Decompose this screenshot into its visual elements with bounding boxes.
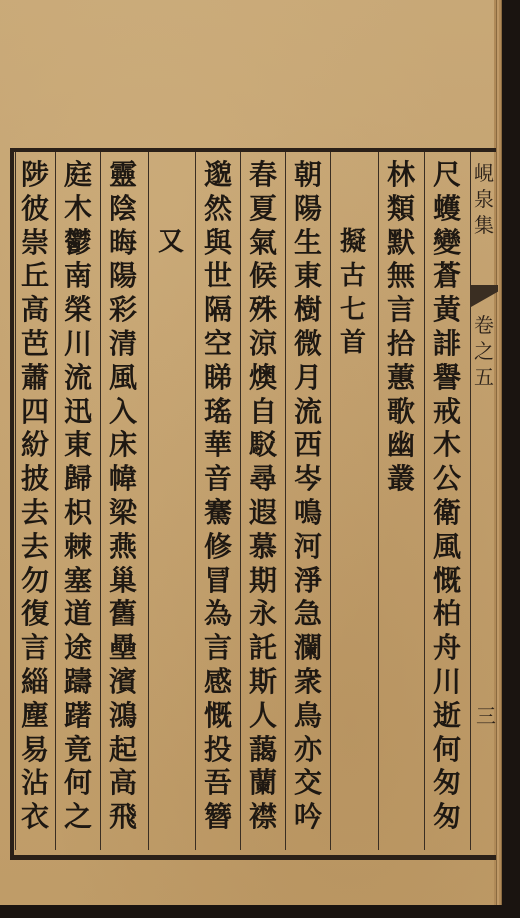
glyph: 丘 bbox=[21, 259, 49, 293]
glyph: 樹 bbox=[294, 293, 322, 327]
glyph: 勿 bbox=[21, 564, 49, 598]
glyph: 華 bbox=[204, 428, 232, 462]
glyph: 風 bbox=[109, 361, 137, 395]
glyph: 林 bbox=[387, 158, 415, 192]
glyph: 生 bbox=[294, 226, 322, 260]
glyph: 崇 bbox=[21, 226, 49, 260]
glyph: 逝 bbox=[433, 699, 461, 733]
glyph: 竟 bbox=[64, 733, 92, 767]
glyph: 蒼 bbox=[433, 259, 461, 293]
glyph: 空 bbox=[204, 327, 232, 361]
glyph: 託 bbox=[249, 631, 277, 665]
glyph: 慨 bbox=[433, 564, 461, 598]
glyph: 慕 bbox=[249, 530, 277, 564]
glyph: 隔 bbox=[204, 293, 232, 327]
glyph: 睇 bbox=[204, 361, 232, 395]
glyph: 南 bbox=[64, 259, 92, 293]
text-column: 尺蠖變蒼黃誹譽戒木公衛風慨柏舟川逝何匆匆 bbox=[426, 158, 468, 834]
glyph: 人 bbox=[249, 699, 277, 733]
glyph: 亦 bbox=[294, 733, 322, 767]
glyph: 期 bbox=[249, 564, 277, 598]
glyph: 塞 bbox=[64, 564, 92, 598]
glyph: 殊 bbox=[249, 293, 277, 327]
glyph: 幽 bbox=[387, 428, 415, 462]
glyph: 譽 bbox=[433, 361, 461, 395]
glyph: 朝 bbox=[294, 158, 322, 192]
glyph: 四 bbox=[21, 395, 49, 429]
glyph: 叢 bbox=[387, 462, 415, 496]
glyph: 慨 bbox=[204, 699, 232, 733]
glyph: 春 bbox=[249, 158, 277, 192]
glyph: 然 bbox=[204, 192, 232, 226]
glyph: 復 bbox=[21, 597, 49, 631]
glyph: 吟 bbox=[294, 800, 322, 834]
glyph: 東 bbox=[294, 259, 322, 293]
glyph: 騫 bbox=[204, 496, 232, 530]
glyph: 感 bbox=[204, 665, 232, 699]
glyph: 河 bbox=[294, 530, 322, 564]
glyph: 彩 bbox=[109, 293, 137, 327]
glyph: 蕭 bbox=[21, 361, 49, 395]
glyph: 梁 bbox=[109, 496, 137, 530]
margin-char: 五 bbox=[474, 364, 494, 390]
glyph: 壘 bbox=[109, 631, 137, 665]
glyph: 匆 bbox=[433, 800, 461, 834]
glyph: 躇 bbox=[64, 699, 92, 733]
margin-char: 之 bbox=[474, 338, 494, 364]
glyph: 清 bbox=[109, 327, 137, 361]
column-rule bbox=[285, 152, 286, 850]
glyph: 庭 bbox=[64, 158, 92, 192]
glyph: 蘭 bbox=[249, 766, 277, 800]
glyph: 紛 bbox=[21, 428, 49, 462]
glyph: 候 bbox=[249, 259, 277, 293]
glyph: 鴻 bbox=[109, 699, 137, 733]
glyph: 流 bbox=[64, 361, 92, 395]
glyph: 岑 bbox=[294, 462, 322, 496]
glyph: 途 bbox=[64, 631, 92, 665]
glyph: 塵 bbox=[21, 699, 49, 733]
glyph: 去 bbox=[21, 496, 49, 530]
glyph: 言 bbox=[204, 631, 232, 665]
glyph: 高 bbox=[21, 293, 49, 327]
glyph: 幃 bbox=[109, 462, 137, 496]
glyph: 無 bbox=[387, 259, 415, 293]
column-rule bbox=[100, 152, 101, 850]
glyph: 蠖 bbox=[433, 192, 461, 226]
glyph: 鳥 bbox=[294, 699, 322, 733]
margin-char: 卷 bbox=[474, 312, 494, 338]
column-rule bbox=[470, 152, 471, 850]
glyph: 投 bbox=[204, 733, 232, 767]
glyph: 陽 bbox=[109, 259, 137, 293]
glyph: 邈 bbox=[204, 158, 232, 192]
column-rule bbox=[330, 152, 331, 850]
glyph: 修 bbox=[204, 530, 232, 564]
glyph: 舊 bbox=[109, 597, 137, 631]
glyph: 冒 bbox=[204, 564, 232, 598]
glyph: 披 bbox=[21, 462, 49, 496]
glyph: 緇 bbox=[21, 665, 49, 699]
glyph: 鳴 bbox=[294, 496, 322, 530]
column-rule bbox=[240, 152, 241, 850]
glyph: 去 bbox=[21, 530, 49, 564]
column-rule bbox=[195, 152, 196, 850]
glyph: 七 bbox=[340, 294, 366, 328]
glyph: 戒 bbox=[433, 395, 461, 429]
column-rule bbox=[378, 152, 379, 850]
glyph: 流 bbox=[294, 395, 322, 429]
glyph: 陟 bbox=[21, 158, 49, 192]
section-title-column: 又 bbox=[150, 226, 192, 260]
glyph: 駁 bbox=[249, 428, 277, 462]
glyph: 蕙 bbox=[387, 361, 415, 395]
glyph: 何 bbox=[433, 733, 461, 767]
margin-char: 泉 bbox=[474, 186, 494, 212]
glyph: 靈 bbox=[109, 158, 137, 192]
glyph: 言 bbox=[387, 293, 415, 327]
text-column: 春夏氣候殊涼燠自駁尋遐慕期永託斯人藹蘭襟 bbox=[242, 158, 284, 834]
glyph: 迅 bbox=[64, 395, 92, 429]
glyph: 歸 bbox=[64, 462, 92, 496]
glyph: 襟 bbox=[249, 800, 277, 834]
glyph: 音 bbox=[204, 462, 232, 496]
glyph: 首 bbox=[340, 327, 366, 361]
column-rule bbox=[424, 152, 425, 850]
glyph: 古 bbox=[340, 260, 366, 294]
glyph: 吾 bbox=[204, 766, 232, 800]
glyph: 燠 bbox=[249, 361, 277, 395]
glyph: 尋 bbox=[249, 462, 277, 496]
glyph: 陽 bbox=[294, 192, 322, 226]
glyph: 枳 bbox=[64, 496, 92, 530]
glyph: 黃 bbox=[433, 293, 461, 327]
glyph: 躊 bbox=[64, 665, 92, 699]
glyph: 與 bbox=[204, 226, 232, 260]
glyph: 川 bbox=[433, 665, 461, 699]
glyph: 變 bbox=[433, 226, 461, 260]
glyph: 東 bbox=[64, 428, 92, 462]
margin-book-title: 峴泉集 bbox=[474, 160, 494, 238]
glyph: 瀾 bbox=[294, 631, 322, 665]
glyph: 誹 bbox=[433, 327, 461, 361]
glyph: 木 bbox=[433, 428, 461, 462]
margin-volume: 卷之五 bbox=[474, 312, 494, 390]
glyph: 棘 bbox=[64, 530, 92, 564]
glyph: 道 bbox=[64, 597, 92, 631]
margin-char: 集 bbox=[474, 212, 494, 238]
glyph: 遐 bbox=[249, 496, 277, 530]
glyph: 斯 bbox=[249, 665, 277, 699]
glyph: 又 bbox=[158, 226, 184, 260]
text-column: 朝陽生東樹微月流西岑鳴河淨急瀾衆鳥亦交吟 bbox=[287, 158, 329, 834]
glyph: 之 bbox=[64, 800, 92, 834]
glyph: 微 bbox=[294, 327, 322, 361]
glyph: 衛 bbox=[433, 496, 461, 530]
glyph: 藹 bbox=[249, 733, 277, 767]
glyph: 拾 bbox=[387, 327, 415, 361]
glyph: 瑤 bbox=[204, 395, 232, 429]
glyph: 淨 bbox=[294, 564, 322, 598]
glyph: 西 bbox=[294, 428, 322, 462]
glyph: 永 bbox=[249, 597, 277, 631]
glyph: 世 bbox=[204, 259, 232, 293]
glyph: 芭 bbox=[21, 327, 49, 361]
glyph: 起 bbox=[109, 733, 137, 767]
text-column: 林類默無言拾蕙歌幽叢 bbox=[380, 158, 422, 496]
glyph: 陰 bbox=[109, 192, 137, 226]
glyph: 衣 bbox=[21, 800, 49, 834]
glyph: 歌 bbox=[387, 395, 415, 429]
glyph: 自 bbox=[249, 395, 277, 429]
glyph: 月 bbox=[294, 361, 322, 395]
glyph: 風 bbox=[433, 530, 461, 564]
section-title-column: 擬古七首 bbox=[332, 226, 374, 361]
glyph: 濱 bbox=[109, 665, 137, 699]
glyph: 鬱 bbox=[64, 226, 92, 260]
glyph: 床 bbox=[109, 428, 137, 462]
margin-char: 峴 bbox=[474, 160, 494, 186]
glyph: 交 bbox=[294, 766, 322, 800]
glyph: 巢 bbox=[109, 564, 137, 598]
glyph: 氣 bbox=[249, 226, 277, 260]
glyph: 彼 bbox=[21, 192, 49, 226]
glyph: 舟 bbox=[433, 631, 461, 665]
glyph: 川 bbox=[64, 327, 92, 361]
book-page: 峴泉集 卷之五 三 尺蠖變蒼黃誹譽戒木公衛風慨柏舟川逝何匆匆 林類默無言拾蕙歌幽… bbox=[0, 0, 502, 905]
margin-page-number: 三 bbox=[476, 700, 496, 729]
glyph: 入 bbox=[109, 395, 137, 429]
text-column: 靈陰晦陽彩清風入床幃梁燕巢舊壘濱鴻起高飛 bbox=[102, 158, 144, 834]
glyph: 沾 bbox=[21, 766, 49, 800]
glyph: 類 bbox=[387, 192, 415, 226]
glyph: 燕 bbox=[109, 530, 137, 564]
text-column: 邈然與世隔空睇瑤華音騫修冒為言感慨投吾簪 bbox=[197, 158, 239, 834]
glyph: 簪 bbox=[204, 800, 232, 834]
glyph: 公 bbox=[433, 462, 461, 496]
glyph: 高 bbox=[109, 766, 137, 800]
glyph: 擬 bbox=[340, 226, 366, 260]
glyph: 匆 bbox=[433, 766, 461, 800]
glyph: 晦 bbox=[109, 226, 137, 260]
glyph: 飛 bbox=[109, 800, 137, 834]
glyph: 尺 bbox=[433, 158, 461, 192]
glyph: 夏 bbox=[249, 192, 277, 226]
glyph: 衆 bbox=[294, 665, 322, 699]
glyph: 急 bbox=[294, 597, 322, 631]
glyph: 默 bbox=[387, 226, 415, 260]
text-column: 陟彼崇丘高芭蕭四紛披去去勿復言緇塵易沾衣 bbox=[14, 158, 56, 834]
glyph: 木 bbox=[64, 192, 92, 226]
glyph: 易 bbox=[21, 733, 49, 767]
column-rule bbox=[148, 152, 149, 850]
glyph: 言 bbox=[21, 631, 49, 665]
glyph: 涼 bbox=[249, 327, 277, 361]
glyph: 柏 bbox=[433, 597, 461, 631]
glyph: 榮 bbox=[64, 293, 92, 327]
glyph: 何 bbox=[64, 766, 92, 800]
text-column: 庭木鬱南榮川流迅東歸枳棘塞道途躊躇竟何之 bbox=[57, 158, 99, 834]
glyph: 為 bbox=[204, 597, 232, 631]
